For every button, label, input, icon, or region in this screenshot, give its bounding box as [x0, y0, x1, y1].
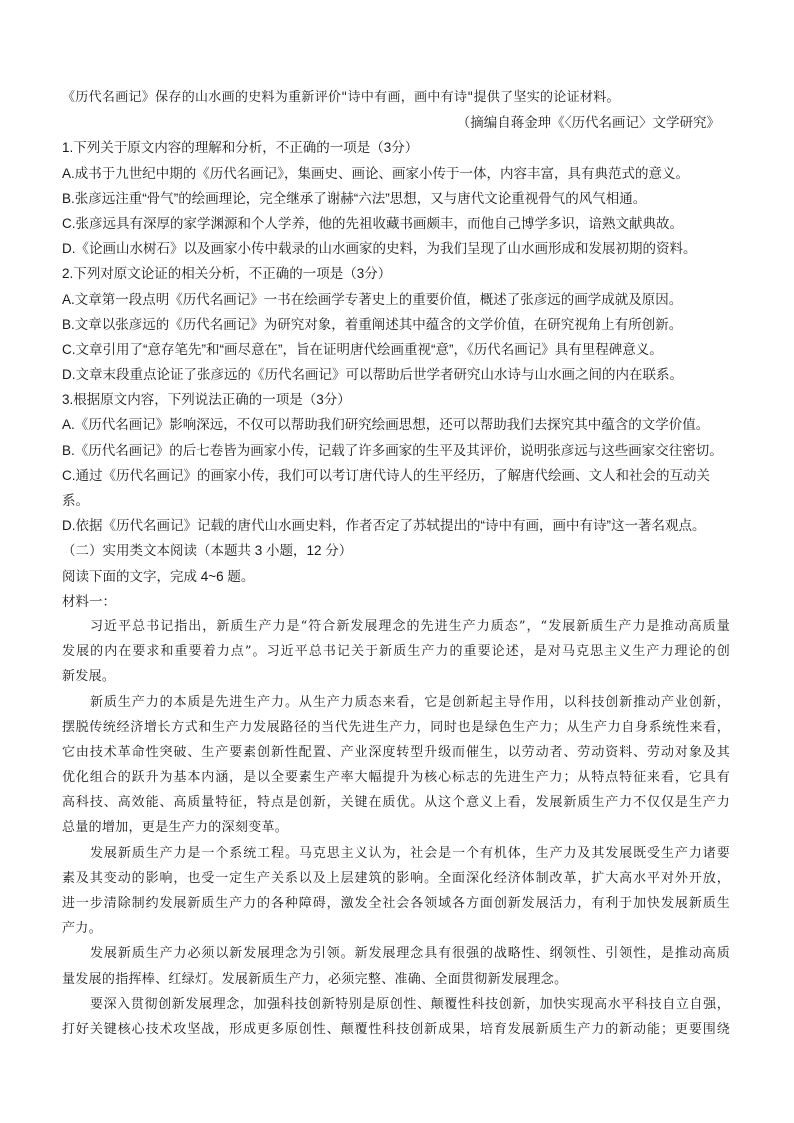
paragraph-line: 进一步清除制约发展新质生产力的各种障碍，激发全社会各领域各方面创新发展活力，有利… [62, 891, 730, 916]
question-stem: 1.下列关于原文内容的理解和分析，不正确的一项是（3分） [62, 135, 730, 160]
section-heading: （二）实用类文本阅读（本题共 3 小题，12 分） [62, 538, 730, 563]
material-paragraph-2: 新质生产力的本质是先进生产力。从生产力质态来看，它是创新起主导作用，以科技创新推… [62, 690, 730, 841]
paragraph-line: 发展新质生产力是一个系统工程。马克思主义认为，社会是一个有机体，生产力及其发展既… [62, 841, 730, 866]
paragraph-line: 素及其变动的影响，也受一定生产关系以及上层建筑的影响。全面深化经济体制改革，扩大… [62, 866, 730, 891]
question-2: 2.下列对原文论证的相关分析，不正确的一项是（3分） A.文章第一段点明《历代名… [62, 261, 730, 387]
paragraph-line: 发展新质生产力必须以新发展理念为引领。新发展理念具有很强的战略性、纲领性、引领性… [62, 941, 730, 966]
option-b: B.《历代名画记》的后七卷皆为画家小传，记载了许多画家的生平及其评价，说明张彦远… [62, 438, 730, 463]
paragraph-line: 它由技术革命性突破、生产要素创新性配置、产业深度转型升级而催生，以劳动者、劳动资… [62, 740, 730, 765]
intro-text: 《历代名画记》保存的山水画的史料为重新评价"诗中有画，画中有诗"提供了坚实的论证… [62, 85, 730, 110]
paragraph-line: 要深入贯彻创新发展理念，加强科技创新特别是原创性、颠覆性科技创新，加快实现高水平… [62, 992, 730, 1017]
material-paragraph-4: 发展新质生产力必须以新发展理念为引领。新发展理念具有很强的战略性、纲领性、引领性… [62, 941, 730, 991]
source-attribution: （摘编自蒋金珅《〈历代名画记〉文学研究》 [62, 110, 730, 135]
paragraph-line: 打好关键核心技术攻坚战，形成更多原创性、颠覆性科技创新成果，培育发展新质生产力的… [62, 1017, 730, 1042]
paragraph-line: 高科技、高效能、高质量特征，特点是创新，关键在质优。从这个意义上看，发展新质生产… [62, 790, 730, 815]
option-b: B.文章以张彦远的《历代名画记》为研究对象，着重阐述其中蕴含的文学价值，在研究视… [62, 312, 730, 337]
option-c: C.张彦远具有深厚的家学渊源和个人学养，他的先祖收藏书画颇丰，而他自己博学多识，… [62, 211, 730, 236]
material-paragraph-5: 要深入贯彻创新发展理念，加强科技创新特别是原创性、颠覆性科技创新，加快实现高水平… [62, 992, 730, 1042]
option-d: D.《论画山水树石》以及画家小传中载录的山水画家的史料，为我们呈现了山水画形成和… [62, 236, 730, 261]
question-1: 1.下列关于原文内容的理解和分析，不正确的一项是（3分） A.成书于九世纪中期的… [62, 135, 730, 261]
option-b: B.张彦远注重“骨气”的绘画理论，完全继承了谢赫“六法”思想，又与唐代文论重视骨… [62, 186, 730, 211]
option-a: A.文章第一段点明《历代名画记》一书在绘画学专著史上的重要价值，概述了张彦远的画… [62, 287, 730, 312]
paragraph-line: 新发展。 [62, 664, 730, 689]
question-stem: 3.根据原文内容，下列说法正确的一项是（3分） [62, 387, 730, 412]
option-d: D.依据《历代名画记》记载的唐代山水画史料，作者否定了苏轼提出的“诗中有画，画中… [62, 513, 730, 538]
paragraph-line: 产力。 [62, 916, 730, 941]
question-3: 3.根据原文内容，下列说法正确的一项是（3分） A.《历代名画记》影响深远，不仅… [62, 387, 730, 538]
document-page: 《历代名画记》保存的山水画的史料为重新评价"诗中有画，画中有诗"提供了坚实的论证… [62, 85, 730, 1042]
material-label: 材料一： [62, 589, 730, 614]
paragraph-line: 量发展的指挥棒、红绿灯。发展新质生产力，必须完整、准确、全面贯彻新发展理念。 [62, 967, 730, 992]
paragraph-line: 新质生产力的本质是先进生产力。从生产力质态来看，它是创新起主导作用，以科技创新推… [62, 690, 730, 715]
paragraph-line: 摆脱传统经济增长方式和生产力发展路径的当代先进生产力，同时也是绿色生产力；从生产… [62, 715, 730, 740]
option-c: C.文章引用了“意存笔先”和“画尽意在”，旨在证明唐代绘画重视“意”，《历代名画… [62, 337, 730, 362]
option-c: C.通过《历代名画记》的画家小传，我们可以考订唐代诗人的生平经历，了解唐代绘画、… [62, 463, 730, 488]
paragraph-line: 优化组合的跃升为基本内涵，是以全要素生产率大幅提升为核心标志的先进生产力；从特点… [62, 765, 730, 790]
material-paragraph-3: 发展新质生产力是一个系统工程。马克思主义认为，社会是一个有机体，生产力及其发展既… [62, 841, 730, 942]
section-instruction: 阅读下面的文字，完成 4~6 题。 [62, 564, 730, 589]
paragraph-line: 总量的增加，更是生产力的深刻变革。 [62, 815, 730, 840]
option-c-continued: 系。 [62, 488, 730, 513]
paragraph-line: 发展的内在要求和重要着力点”。习近平总书记关于新质生产力的重要论述，是对马克思主… [62, 639, 730, 664]
option-a: A.成书于九世纪中期的《历代名画记》，集画史、画论、画家小传于一体，内容丰富，具… [62, 161, 730, 186]
material-paragraph-1: 习近平总书记指出，新质生产力是“符合新发展理念的先进生产力质态”，“发展新质生产… [62, 614, 730, 690]
option-d: D.文章末段重点论证了张彦远的《历代名画记》可以帮助后世学者研究山水诗与山水画之… [62, 362, 730, 387]
question-stem: 2.下列对原文论证的相关分析，不正确的一项是（3分） [62, 261, 730, 286]
paragraph-line: 习近平总书记指出，新质生产力是“符合新发展理念的先进生产力质态”，“发展新质生产… [62, 614, 730, 639]
option-a: A.《历代名画记》影响深远，不仅可以帮助我们研究绘画思想，还可以帮助我们去探究其… [62, 412, 730, 437]
